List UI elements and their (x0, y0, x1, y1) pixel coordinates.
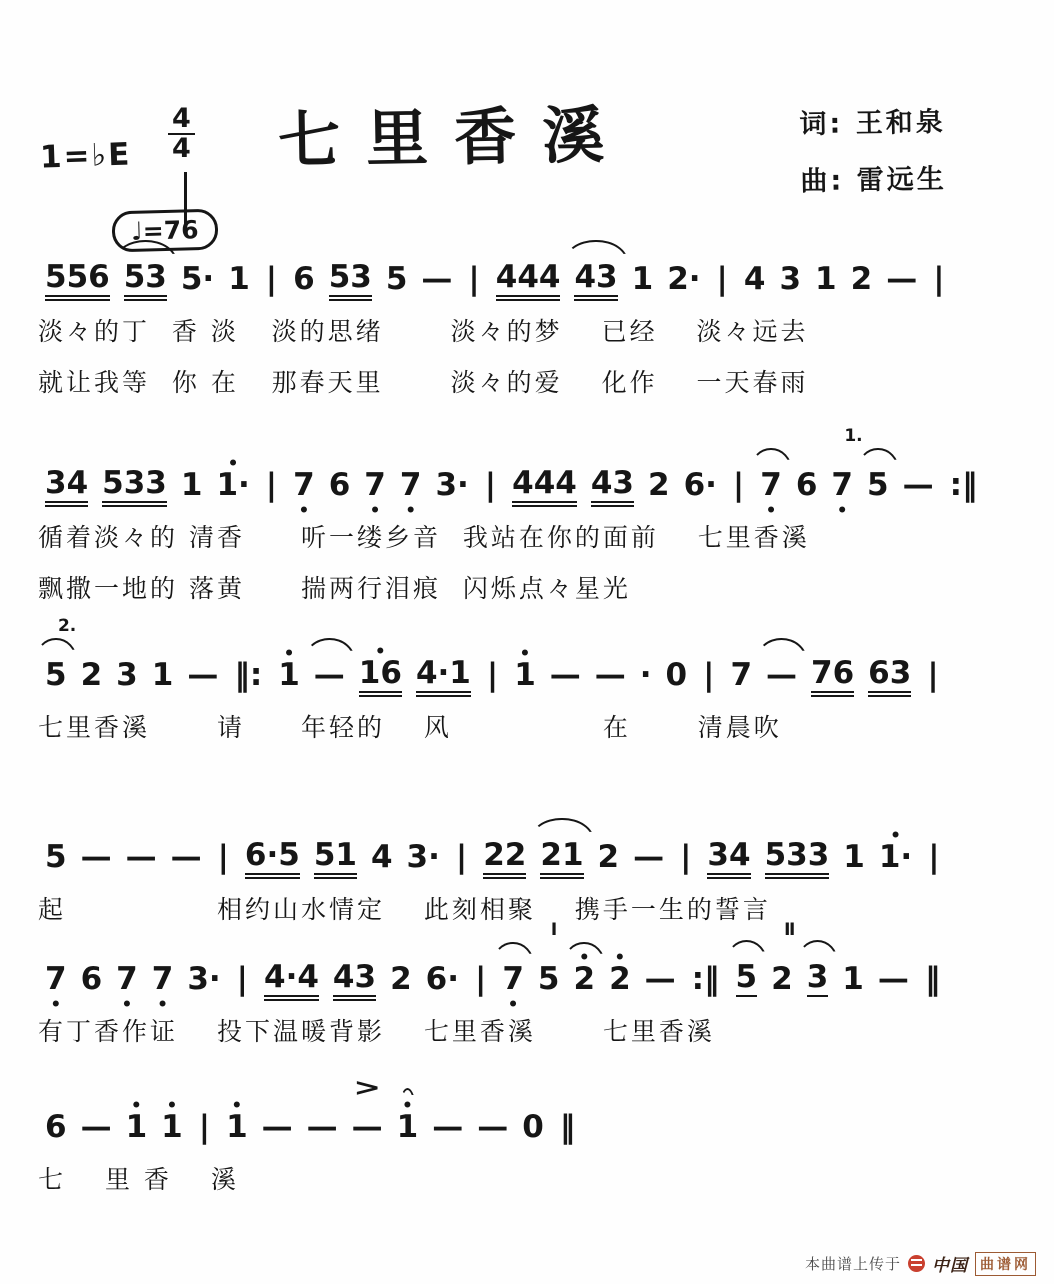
note-text: 0 (522, 1112, 544, 1145)
note-token: 7• (293, 470, 315, 503)
octave-dot-below: • (760, 503, 782, 520)
note-token: 5· (181, 264, 214, 297)
note-token: •1 (161, 1112, 183, 1145)
note-token: 6 (293, 264, 315, 297)
note-token: 6· (426, 964, 459, 997)
notation-line: 2.5231—‖:•1—•164·1|•1——·0|7—7663| (38, 618, 1040, 693)
note-text: 5 (45, 660, 67, 693)
lyrics-line-verse2: 飘撒一地的 落黄 揣两行泪痕 闪烁点々星光 (38, 569, 1040, 605)
note-text: 2 (573, 964, 595, 997)
barline: :‖ (950, 470, 978, 503)
note-text: 3· (187, 964, 220, 997)
note-token: — (595, 660, 626, 693)
note-token: 3 (807, 962, 829, 997)
note-token: — (262, 1112, 293, 1145)
note-token: 2 (81, 660, 103, 693)
note-text: — (903, 470, 934, 503)
note-text: 5· (181, 264, 214, 297)
note-text: | (928, 842, 939, 875)
note-text: — (432, 1112, 463, 1145)
site-name-secondary: 曲谱网 (975, 1252, 1036, 1276)
note-text: | (733, 470, 744, 503)
note-token: — (171, 842, 202, 875)
note-text: ‖ (560, 1112, 576, 1145)
barline: ‖ (925, 964, 941, 997)
note-token: — (886, 264, 917, 297)
barline: | (218, 842, 229, 875)
note-text: 4 (744, 264, 766, 297)
note-text: — (595, 660, 626, 693)
note-text: 7 (831, 470, 853, 503)
note-token: 1 (152, 660, 174, 693)
barline: | (703, 660, 714, 693)
barline: | (928, 842, 939, 875)
note-text: — (477, 1112, 508, 1145)
notation-line: 345331•1·|7•67•7•3·|4444326·|7•61.7•5—:‖ (38, 428, 1040, 503)
note-text: — (307, 1112, 338, 1145)
note-text: 7 (364, 470, 386, 503)
note-token: 5 (736, 962, 758, 997)
note-text: 1 (126, 1112, 148, 1145)
note-text: 6·5 (245, 840, 300, 875)
note-text: 43 (574, 262, 617, 297)
notation-line: 7•67•7•3·|4·44326·|7•Ⅰ5•2•2—:‖5Ⅱ231—‖ (38, 922, 1040, 997)
note-token: — (81, 1112, 112, 1145)
note-token: 7• (400, 470, 422, 503)
note-text: 5 (736, 962, 758, 997)
note-token: 6·5 (245, 840, 300, 875)
note-token: — (766, 660, 797, 693)
note-text: 5 (538, 964, 560, 997)
barline: | (475, 964, 486, 997)
note-text: | (199, 1112, 210, 1145)
note-text: 43 (333, 962, 376, 997)
note-text: 2 (648, 470, 670, 503)
note-token: — (550, 660, 581, 693)
note-text: 6 (293, 264, 315, 297)
note-text: 3· (435, 470, 468, 503)
note-text: 7 (730, 660, 752, 693)
note-token: 5 (867, 470, 889, 503)
note-text: 21 (540, 840, 583, 875)
note-text: 1 (278, 660, 300, 693)
note-token: 43 (591, 468, 634, 503)
note-text: 556 (45, 262, 110, 297)
site-name-primary: 中国 (932, 1251, 968, 1276)
note-text: 533 (765, 840, 830, 875)
note-text: 1 (843, 842, 865, 875)
note-token: — (126, 842, 157, 875)
note-text: 444 (512, 468, 577, 503)
music-system-6: 6—•1•1|•1——>—•1——0‖ 七 里 香 溪 (38, 1072, 1040, 1196)
barline: | (733, 470, 744, 503)
note-text: | (933, 264, 944, 297)
note-text: 1 (397, 1112, 419, 1145)
note-token: 4·4 (264, 962, 319, 997)
note-token: 1 (632, 264, 654, 297)
note-text: 2 (81, 660, 103, 693)
note-text: — (81, 1112, 112, 1145)
note-token: 6 (796, 470, 818, 503)
note-token: 34 (45, 468, 88, 503)
octave-dot-below: • (364, 503, 386, 520)
note-token: 51 (314, 840, 357, 875)
note-token: •1 (514, 660, 536, 693)
note-token: 7• (116, 964, 138, 997)
note-text: 76 (811, 658, 854, 693)
accent-icon: > (353, 1077, 381, 1101)
note-token: 21 (540, 840, 583, 875)
octave-dot-below: • (152, 997, 174, 1014)
note-text: 1 (815, 264, 837, 297)
note-token: — (432, 1112, 463, 1145)
note-text: 444 (496, 262, 561, 297)
note-text: 22 (483, 840, 526, 875)
site-logo-icon (908, 1255, 925, 1272)
music-system-3: 2.5231—‖:•1—•164·1|•1——·0|7—7663| 七里香溪 请… (38, 618, 1040, 744)
barline: | (487, 660, 498, 693)
notation-line: 556535·1|6535—|4444312·|4312—| (38, 222, 1040, 297)
note-token: Ⅱ2 (771, 964, 793, 997)
lyrics-line: 有丁香作证 投下温暖背影 七里香溪 七里香溪 (38, 1012, 1040, 1048)
note-text: 6· (684, 470, 717, 503)
note-text: · (640, 660, 652, 693)
note-text: | (475, 964, 486, 997)
note-token: >— (352, 1112, 383, 1145)
note-text: 1 (226, 1112, 248, 1145)
note-text: 2 (771, 964, 793, 997)
upload-note-text: 本曲谱上传于 (805, 1253, 901, 1274)
notation-line: 6—•1•1|•1——>—•1——0‖ (38, 1072, 1040, 1145)
note-token: 1.7• (831, 470, 853, 503)
note-token: 4 (744, 264, 766, 297)
note-text: — (766, 660, 797, 693)
barline: | (266, 470, 277, 503)
note-text: 53 (329, 262, 372, 297)
note-text: 7 (502, 964, 524, 997)
note-text: :‖ (692, 964, 720, 997)
note-text: — (171, 842, 202, 875)
note-text: 1 (181, 470, 203, 503)
note-text: 3 (807, 962, 829, 997)
barline: :‖ (692, 964, 720, 997)
note-text: ‖: (234, 660, 262, 693)
barline: | (199, 1112, 210, 1145)
note-text: 1 (842, 964, 864, 997)
note-token: 1 (843, 842, 865, 875)
note-text: — (81, 842, 112, 875)
volta-marking: Ⅰ (551, 922, 557, 939)
note-token: 7 (730, 660, 752, 693)
note-token: •1 (126, 1112, 148, 1145)
note-text: | (468, 264, 479, 297)
note-token: 4 (371, 842, 393, 875)
note-text: | (237, 964, 248, 997)
note-token: · (640, 660, 652, 693)
lyrics-line: 起 相约山水情定 此刻相聚 携手一生的誓言 (38, 890, 1040, 926)
note-token: — (477, 1112, 508, 1145)
note-text: 1 (161, 1112, 183, 1145)
note-text: 7 (45, 964, 67, 997)
barline: | (468, 264, 479, 297)
note-token: •16 (359, 658, 402, 693)
note-text: 5 (45, 842, 67, 875)
note-token: 5 (45, 842, 67, 875)
note-token: •2 (609, 964, 631, 997)
note-token: Ⅰ5 (538, 964, 560, 997)
lyrics-line: 七里香溪 请 年轻的 风 在 清晨吹 (38, 708, 1040, 744)
note-text: 6 (796, 470, 818, 503)
note-text: 7 (293, 470, 315, 503)
footer: 本曲谱上传于 中国 曲谱网 (805, 1251, 1036, 1276)
note-token: 556 (45, 262, 110, 297)
note-token: — (903, 470, 934, 503)
note-token: 6 (329, 470, 351, 503)
note-text: 6 (329, 470, 351, 503)
note-token: 444 (496, 262, 561, 297)
note-token: •1 (397, 1112, 419, 1145)
note-token: 533 (765, 840, 830, 875)
barline: | (456, 842, 467, 875)
note-token: 7• (760, 470, 782, 503)
time-signature-numerator: 4 (168, 105, 195, 135)
note-token: 1 (815, 264, 837, 297)
song-title: 七里香溪 (277, 85, 631, 180)
note-token: 1 (842, 964, 864, 997)
note-token: 3· (407, 842, 440, 875)
note-token: 3· (435, 470, 468, 503)
note-text: 6· (426, 964, 459, 997)
note-text: | (703, 660, 714, 693)
note-token: 2.5 (45, 660, 67, 693)
note-text: 7 (400, 470, 422, 503)
note-text: 34 (45, 468, 88, 503)
note-token: — (421, 264, 452, 297)
note-text: 3 (116, 660, 138, 693)
note-token: 3· (187, 964, 220, 997)
note-text: 4·4 (264, 962, 319, 997)
note-token: 6· (684, 470, 717, 503)
note-text: — (878, 964, 909, 997)
note-token: 6 (45, 1112, 67, 1145)
note-text: 3· (407, 842, 440, 875)
note-token: 7• (502, 964, 524, 997)
note-text: | (485, 470, 496, 503)
note-text: 4 (371, 842, 393, 875)
note-text: 5 (386, 264, 408, 297)
note-token: 63 (868, 658, 911, 693)
octave-dot-below: • (45, 997, 67, 1014)
note-token: 444 (512, 468, 577, 503)
note-text: 1 (632, 264, 654, 297)
note-text: — (187, 660, 218, 693)
note-token: 0 (666, 660, 688, 693)
note-text: 2 (390, 964, 412, 997)
barline: | (266, 264, 277, 297)
volta-marking: 1. (844, 428, 862, 445)
note-text: 1· (216, 470, 249, 503)
notation-line: 5———|6·55143·|22212—|345331•1·| (38, 800, 1040, 875)
note-token: 2 (648, 470, 670, 503)
sheet-music-page: 1=♭E 4 4 ♩=76 七里香溪 词: 王和泉 曲: 雷远生 556535·… (0, 0, 1054, 1284)
note-text: | (927, 660, 938, 693)
note-token: •1 (226, 1112, 248, 1145)
note-text: | (717, 264, 728, 297)
note-token: •1 (278, 660, 300, 693)
note-token: 22 (483, 840, 526, 875)
note-token: 0 (522, 1112, 544, 1145)
note-token: •2 (573, 964, 595, 997)
note-text: — (126, 842, 157, 875)
credits-block: 词: 王和泉 曲: 雷远生 (799, 95, 947, 211)
note-text: ‖ (925, 964, 941, 997)
note-text: 43 (591, 468, 634, 503)
lyrics-line-verse1: 淡々的丁 香 淡 淡的思绪 淡々的梦 已经 淡々远去 (38, 312, 1040, 348)
note-token: 53 (124, 262, 167, 297)
time-signature-denominator: 4 (172, 135, 191, 163)
barline: | (237, 964, 248, 997)
note-token: 6 (81, 964, 103, 997)
time-signature: 4 4 (168, 105, 195, 164)
note-token: 1 (228, 264, 250, 297)
note-token: — (187, 660, 218, 693)
note-text: | (266, 264, 277, 297)
note-text: — (633, 842, 664, 875)
note-text: 3 (779, 264, 801, 297)
note-text: — (645, 964, 676, 997)
note-text: 51 (314, 840, 357, 875)
music-system-2: 345331•1·|7•67•7•3·|4444326·|7•61.7•5—:‖… (38, 428, 1040, 605)
key-signature: 1=♭E (39, 136, 132, 175)
note-token: •1· (879, 842, 912, 875)
note-text: 2 (598, 842, 620, 875)
note-text: 63 (868, 658, 911, 693)
note-text: | (680, 842, 691, 875)
octave-dot-below: • (116, 997, 138, 1014)
note-token: 7• (152, 964, 174, 997)
note-token: 533 (102, 468, 167, 503)
note-token: — (81, 842, 112, 875)
note-text: 2· (667, 264, 700, 297)
octave-dot-below: • (400, 503, 422, 520)
note-text: 1 (152, 660, 174, 693)
note-token: 2 (851, 264, 873, 297)
note-text: 1 (228, 264, 250, 297)
note-text: 1· (879, 842, 912, 875)
note-token: — (314, 660, 345, 693)
lyrics-line: 七 里 香 溪 (38, 1160, 1040, 1196)
note-text: :‖ (950, 470, 978, 503)
note-text: 5 (867, 470, 889, 503)
barline: | (717, 264, 728, 297)
note-token: 3 (779, 264, 801, 297)
note-text: 2 (609, 964, 631, 997)
note-token: 43 (574, 262, 617, 297)
lyrics-line-verse1: 循着淡々的 清香 听一缕乡音 我站在你的面前 七里香溪 (38, 518, 1040, 554)
note-token: 1 (181, 470, 203, 503)
note-token: 4·1 (416, 658, 471, 693)
composer-credit: 曲: 雷远生 (800, 151, 947, 210)
note-token: 7• (45, 964, 67, 997)
note-text: 1 (514, 660, 536, 693)
note-text: — (421, 264, 452, 297)
barline: ‖ (560, 1112, 576, 1145)
note-text: | (266, 470, 277, 503)
note-token: •1· (216, 470, 249, 503)
music-system-4: 5———|6·55143·|22212—|345331•1·| 起 相约山水情定… (38, 800, 1040, 926)
note-text: 0 (666, 660, 688, 693)
note-token: 3 (116, 660, 138, 693)
lyricist-credit: 词: 王和泉 (799, 95, 946, 154)
note-token: 76 (811, 658, 854, 693)
note-token: — (633, 842, 664, 875)
note-token: 2 (598, 842, 620, 875)
note-text: 7 (116, 964, 138, 997)
note-token: 53 (329, 262, 372, 297)
octave-dot-below: • (502, 997, 524, 1014)
note-text: — (314, 660, 345, 693)
note-text: | (487, 660, 498, 693)
octave-dot-below: • (293, 503, 315, 520)
note-text: — (352, 1112, 383, 1145)
note-text: | (218, 842, 229, 875)
lyrics-line-verse2: 就让我等 你 在 那春天里 淡々的爱 化作 一天春雨 (38, 363, 1040, 399)
note-text: 6 (45, 1112, 67, 1145)
note-text: 34 (707, 840, 750, 875)
note-token: 5 (386, 264, 408, 297)
note-text: 4·1 (416, 658, 471, 693)
barline: | (933, 264, 944, 297)
music-system-1: 556535·1|6535—|4444312·|4312—| 淡々的丁 香 淡 … (38, 222, 1040, 399)
music-system-5: 7•67•7•3·|4·44326·|7•Ⅰ5•2•2—:‖5Ⅱ231—‖ 有丁… (38, 922, 1040, 1048)
note-token: 43 (333, 962, 376, 997)
note-token: 2· (667, 264, 700, 297)
note-text: — (886, 264, 917, 297)
note-text: 2 (851, 264, 873, 297)
barline: | (680, 842, 691, 875)
note-text: 53 (124, 262, 167, 297)
note-text: — (262, 1112, 293, 1145)
note-token: — (645, 964, 676, 997)
note-token: — (307, 1112, 338, 1145)
volta-marking: 2. (58, 618, 76, 635)
note-text: 16 (359, 658, 402, 693)
note-token: — (878, 964, 909, 997)
octave-dot-below: • (831, 503, 853, 520)
note-text: — (550, 660, 581, 693)
note-text: | (456, 842, 467, 875)
note-token: 7• (364, 470, 386, 503)
note-token: 2 (390, 964, 412, 997)
barline: | (927, 660, 938, 693)
note-text: 533 (102, 468, 167, 503)
barline: ‖: (234, 660, 262, 693)
note-text: 7 (152, 964, 174, 997)
note-token: 34 (707, 840, 750, 875)
note-text: 6 (81, 964, 103, 997)
note-text: 7 (760, 470, 782, 503)
barline: | (485, 470, 496, 503)
volta-marking: Ⅱ (784, 922, 795, 939)
